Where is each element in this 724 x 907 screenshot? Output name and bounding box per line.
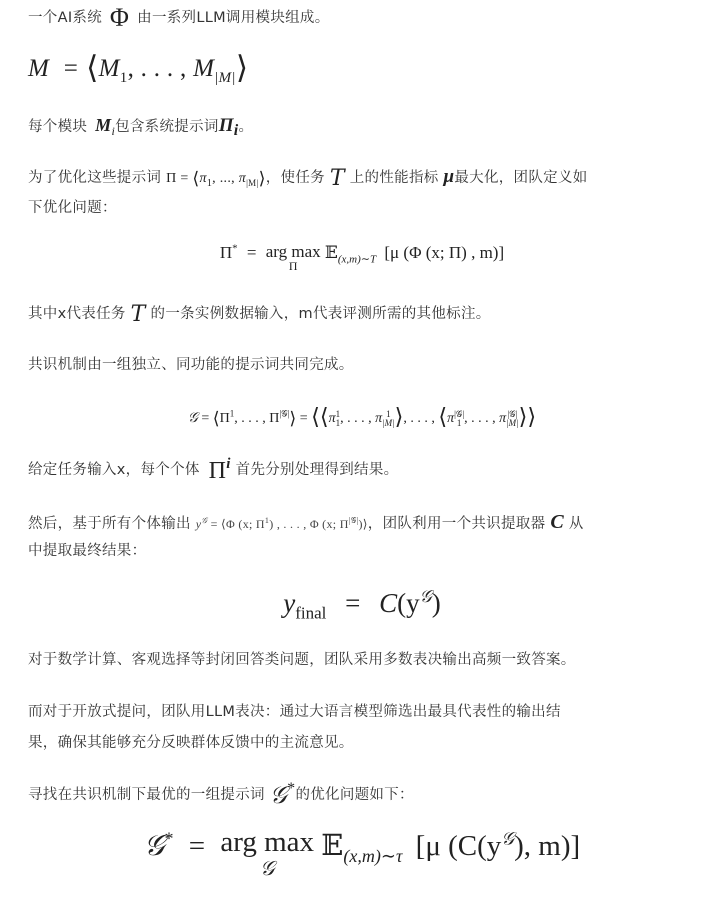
paragraph-llm-vote-line2: 果，确保其能够充分反映群体反馈中的主流意见。 xyxy=(28,733,354,753)
math-task-T: T xyxy=(330,166,345,191)
math-Pi: Π xyxy=(220,411,230,426)
formula-pi-star: Π* = arg maxΠ 𝔼(x,m)∼T [μ (Φ (x; Π) , m)… xyxy=(0,243,724,273)
math-supsub: |𝒢||M| xyxy=(506,410,518,428)
math-dots: , . . . , xyxy=(464,411,499,426)
math-G: 𝒢 xyxy=(270,781,287,809)
math-sub: (x,m)∼τ xyxy=(343,846,402,866)
paragraph-llm-vote-line1: 而对于开放式提问，团队用LLM表决：通过大语言模型筛选出最具代表性的输出结 xyxy=(28,702,561,722)
formula-G-star: 𝒢* = arg max𝒢 𝔼(x,m)∼τ [μ (C(y𝒢), m)] xyxy=(0,828,724,878)
math-phi-open: ⟨Φ (x; Π xyxy=(221,517,265,531)
math-limit: 𝒢 xyxy=(260,858,274,878)
math-dots: , . . . , xyxy=(340,411,375,426)
math-eq: = xyxy=(64,55,78,82)
math-Mlast: M xyxy=(193,55,214,82)
math-dots: , . . . , xyxy=(128,55,194,82)
math-eq: = xyxy=(198,411,213,426)
math-supsub: |𝒢|1 xyxy=(454,410,464,428)
math-M: M xyxy=(28,55,49,82)
math-eq: = xyxy=(247,243,257,262)
math-pi: π xyxy=(375,411,382,426)
math-body-close: ), m)] xyxy=(514,830,580,862)
text: 其中x代表任务 xyxy=(28,306,126,322)
math-supsub: 1|M| xyxy=(382,410,394,428)
angle-close: ⟩⟩ xyxy=(519,404,536,429)
phi-symbol: Φ xyxy=(110,3,129,32)
inline-formula-yG: y𝒢 = ⟨Φ (x; Π1) , . . . , Φ (x; Π|𝒢|)⟩ xyxy=(196,517,368,531)
math-Mi: M xyxy=(95,115,111,135)
math-pi: π xyxy=(199,171,206,186)
math-sup: i xyxy=(226,456,230,472)
text: 。 xyxy=(239,119,254,135)
math-mu: μ xyxy=(443,166,454,187)
formula-y-final: yfinal = C(y𝒢) xyxy=(0,588,724,619)
paragraph-x-definition: 其中x代表任务 T 的一条实例数据输入，m代表评测所需的其他标注。 xyxy=(28,304,491,325)
paragraph-individual-processing: 给定任务输入x，每个个体 Πi 首先分别处理得到结果。 xyxy=(28,460,398,481)
math-Pi: Π xyxy=(166,171,176,186)
formula-modules: M =⟨M1, . . . , M|M|⟩ xyxy=(28,58,248,79)
math-sub: |M| xyxy=(382,419,394,428)
text: 一个AI系统 xyxy=(28,10,102,26)
math-mid: ) , . . . , Φ (x; Π xyxy=(269,517,348,531)
math-sup: * xyxy=(165,828,174,848)
math-M1: M xyxy=(99,55,120,82)
math-op: arg max xyxy=(266,243,321,260)
angle-open: ⟨ xyxy=(86,50,99,85)
text: 每个模块 xyxy=(28,119,87,135)
text: ，使任务 xyxy=(266,170,325,186)
angle-open: ⟨ xyxy=(213,408,220,428)
math-G: 𝒢 xyxy=(188,410,198,426)
math-sup: 𝒢 xyxy=(501,828,514,849)
math-expectation: 𝔼 xyxy=(321,828,343,862)
paragraph-group-optimization: 寻找在共识机制下最优的一组提示词 𝒢*的优化问题如下： xyxy=(28,785,414,805)
text: ，团队利用一个共识提取器 xyxy=(368,516,546,532)
math-C: C xyxy=(550,511,564,533)
paragraph-module-prompt: 每个模块 Mi包含系统提示词Πi。 xyxy=(28,115,253,137)
math-dots: , ..., xyxy=(212,171,239,186)
argmax-operator: arg maxΠ xyxy=(266,243,321,273)
math-sup: * xyxy=(232,242,238,254)
math-G: 𝒢 xyxy=(144,828,165,862)
text: 的一条实例数据输入，m代表评测所需的其他标注。 xyxy=(151,306,491,322)
formula-group-G: 𝒢 = ⟨Π1, . . . , Π|𝒢|⟩ = ⟨⟨π11, . . . , … xyxy=(0,404,724,430)
angle-close: ⟩ xyxy=(259,168,266,188)
paragraph-optimization-intro-line2: 下优化问题： xyxy=(28,198,117,218)
math-task-T: T xyxy=(131,302,146,327)
math-sub: 1 xyxy=(120,70,128,86)
text: 然后，基于所有个体输出 xyxy=(28,516,191,532)
text: 的优化问题如下： xyxy=(295,787,413,803)
math-sub: |M| xyxy=(246,178,259,188)
math-pi: π xyxy=(499,411,506,426)
text: 上的性能指标 xyxy=(350,170,439,186)
math-Pi-i: Π xyxy=(209,458,227,484)
paragraph-consensus-intro: 共识机制由一组独立、同功能的提示词共同完成。 xyxy=(28,355,354,375)
text: 寻找在共识机制下最优的一组提示词 xyxy=(28,787,265,803)
text: 最大化，团队定义如 xyxy=(454,170,587,186)
math-eq: = xyxy=(345,588,360,618)
math-sup: |𝒢| xyxy=(279,408,289,418)
math-pi: π xyxy=(447,411,454,426)
math-pi: π xyxy=(239,171,246,186)
text: 从 xyxy=(569,516,584,532)
angle-open: ⟨ xyxy=(438,404,447,429)
math-dots: , . . . , xyxy=(234,411,269,426)
math-Pi: Π xyxy=(220,243,232,262)
math-Pi-i: Π xyxy=(219,115,234,136)
paragraph-system-intro: 一个AI系统 Φ 由一系列LLM调用模块组成。 xyxy=(28,8,330,28)
math-body-open: [μ (C(y xyxy=(416,830,502,862)
math-body: [μ (Φ (x; Π) , m)] xyxy=(384,243,504,262)
math-sub: (x,m)∼T xyxy=(338,253,376,265)
math-sub: final xyxy=(295,603,326,622)
math-Pi: Π xyxy=(269,411,279,426)
math-eq: = xyxy=(189,830,205,862)
math-open: (y xyxy=(397,588,420,618)
paragraph-consensus-extractor-line2: 中提取最终结果： xyxy=(28,541,146,561)
math-pi: π xyxy=(329,411,336,426)
text: 包含系统提示词 xyxy=(115,119,219,135)
math-sub: 1 xyxy=(454,419,464,428)
math-eq: = xyxy=(207,517,221,531)
math-dots: , . . . , xyxy=(403,411,438,426)
math-close: )⟩ xyxy=(359,517,368,531)
math-sub: |M| xyxy=(214,70,236,86)
math-sub: |M| xyxy=(506,419,518,428)
paragraph-majority-vote: 对于数学计算、客观选择等封闭回答类问题，团队采用多数表决输出高频一致答案。 xyxy=(28,650,576,670)
math-limit: Π xyxy=(289,261,298,273)
paragraph-consensus-extractor: 然后，基于所有个体输出 y𝒢 = ⟨Φ (x; Π1) , . . . , Φ … xyxy=(28,512,584,534)
math-expectation: 𝔼 xyxy=(325,243,338,263)
math-y: y xyxy=(283,588,295,618)
math-C: C xyxy=(379,588,397,618)
math-op: arg max xyxy=(220,828,314,857)
text: 给定任务输入x，每个个体 xyxy=(28,462,200,478)
math-sup: |𝒢| xyxy=(349,516,359,525)
text: 由一系列LLM调用模块组成。 xyxy=(137,10,329,26)
argmax-operator: arg max𝒢 xyxy=(220,828,314,878)
math-close: ) xyxy=(432,588,441,618)
text: 为了优化这些提示词 xyxy=(28,170,161,186)
math-eq: = xyxy=(296,411,311,426)
inline-formula-pi: Π = ⟨π1, ..., π|M|⟩ xyxy=(166,171,266,186)
math-eq: = xyxy=(177,171,193,186)
text: 首先分别处理得到结果。 xyxy=(236,462,399,478)
angle-close: ⟩ xyxy=(236,50,249,85)
paragraph-optimization-intro: 为了优化这些提示词 Π = ⟨π1, ..., π|M|⟩，使任务 T 上的性能… xyxy=(28,167,588,189)
math-sup: 𝒢 xyxy=(420,587,432,607)
angle-open: ⟨⟨ xyxy=(311,404,328,429)
